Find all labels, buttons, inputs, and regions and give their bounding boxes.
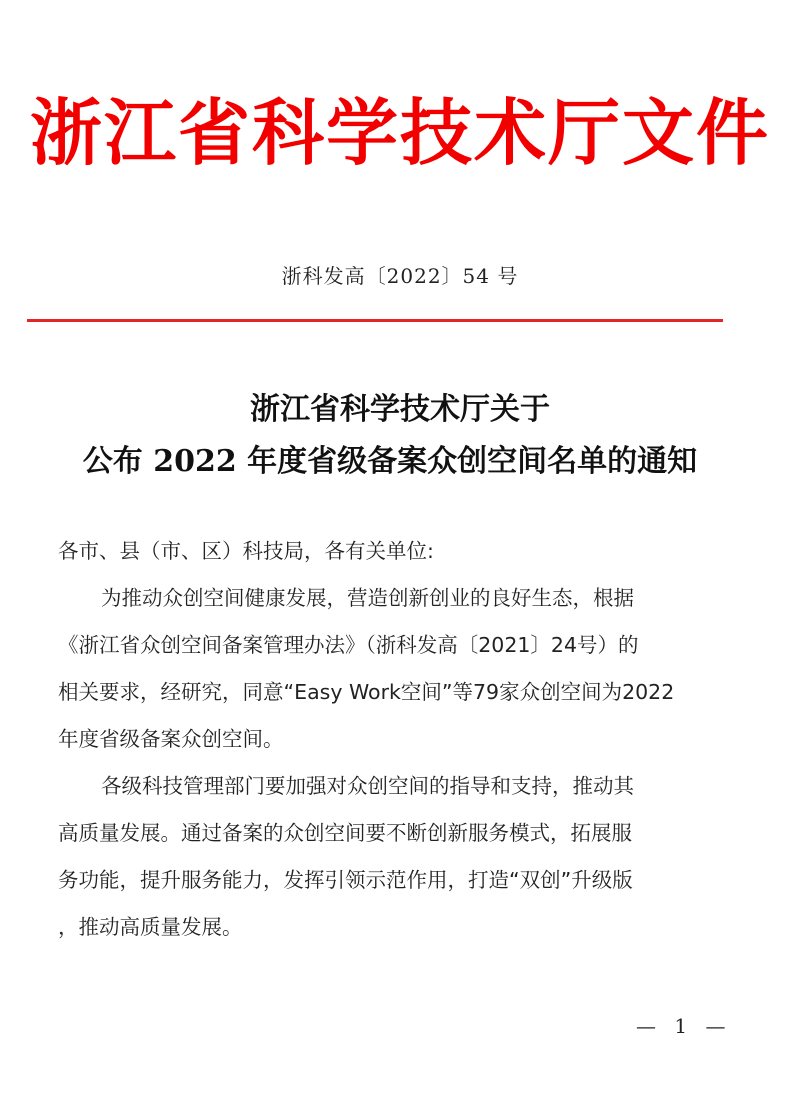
paragraph-1-line-2: 《浙江省众创空间备案管理办法》（浙科发高〔2021〕24号）的 (58, 622, 722, 669)
document-title: 浙江省科学技术厅关于 公布 2022 年度省级备案众创空间名单的通知 (0, 384, 800, 488)
page-number: — 1 — (636, 1012, 731, 1040)
paragraph-2-line-3: 务功能，提升服务能力，发挥引领示范作用，打造“双创”升级版 (58, 857, 722, 904)
paragraph-1-line-4: 年度省级备案众创空间。 (58, 716, 722, 763)
document-masthead: 浙江省科学技术厅文件 (0, 88, 800, 178)
salutation: 各市、县（市、区）科技局，各有关单位: (58, 528, 722, 575)
title-line-1: 浙江省科学技术厅关于 (0, 384, 800, 436)
paragraph-2-line-4: ，推动高质量发展。 (58, 904, 722, 951)
paragraph-2-line-1: 各级科技管理部门要加强对众创空间的指导和支持，推动其 (58, 763, 722, 810)
document-number: 浙科发高〔2022〕54 号 (0, 262, 800, 290)
paragraph-2-line-2: 高质量发展。通过备案的众创空间要不断创新服务模式，拓展服 (58, 810, 722, 857)
red-divider-rule (27, 319, 723, 322)
paragraph-1-line-3: 相关要求，经研究，同意“Easy Work空间”等79家众创空间为2022 (58, 669, 722, 716)
paragraph-1-line-1: 为推动众创空间健康发展，营造创新创业的良好生态，根据 (58, 575, 722, 622)
title-line-2: 公布 2022 年度省级备案众创空间名单的通知 (0, 436, 800, 488)
document-body: 各市、县（市、区）科技局，各有关单位: 为推动众创空间健康发展，营造创新创业的良… (58, 528, 722, 951)
